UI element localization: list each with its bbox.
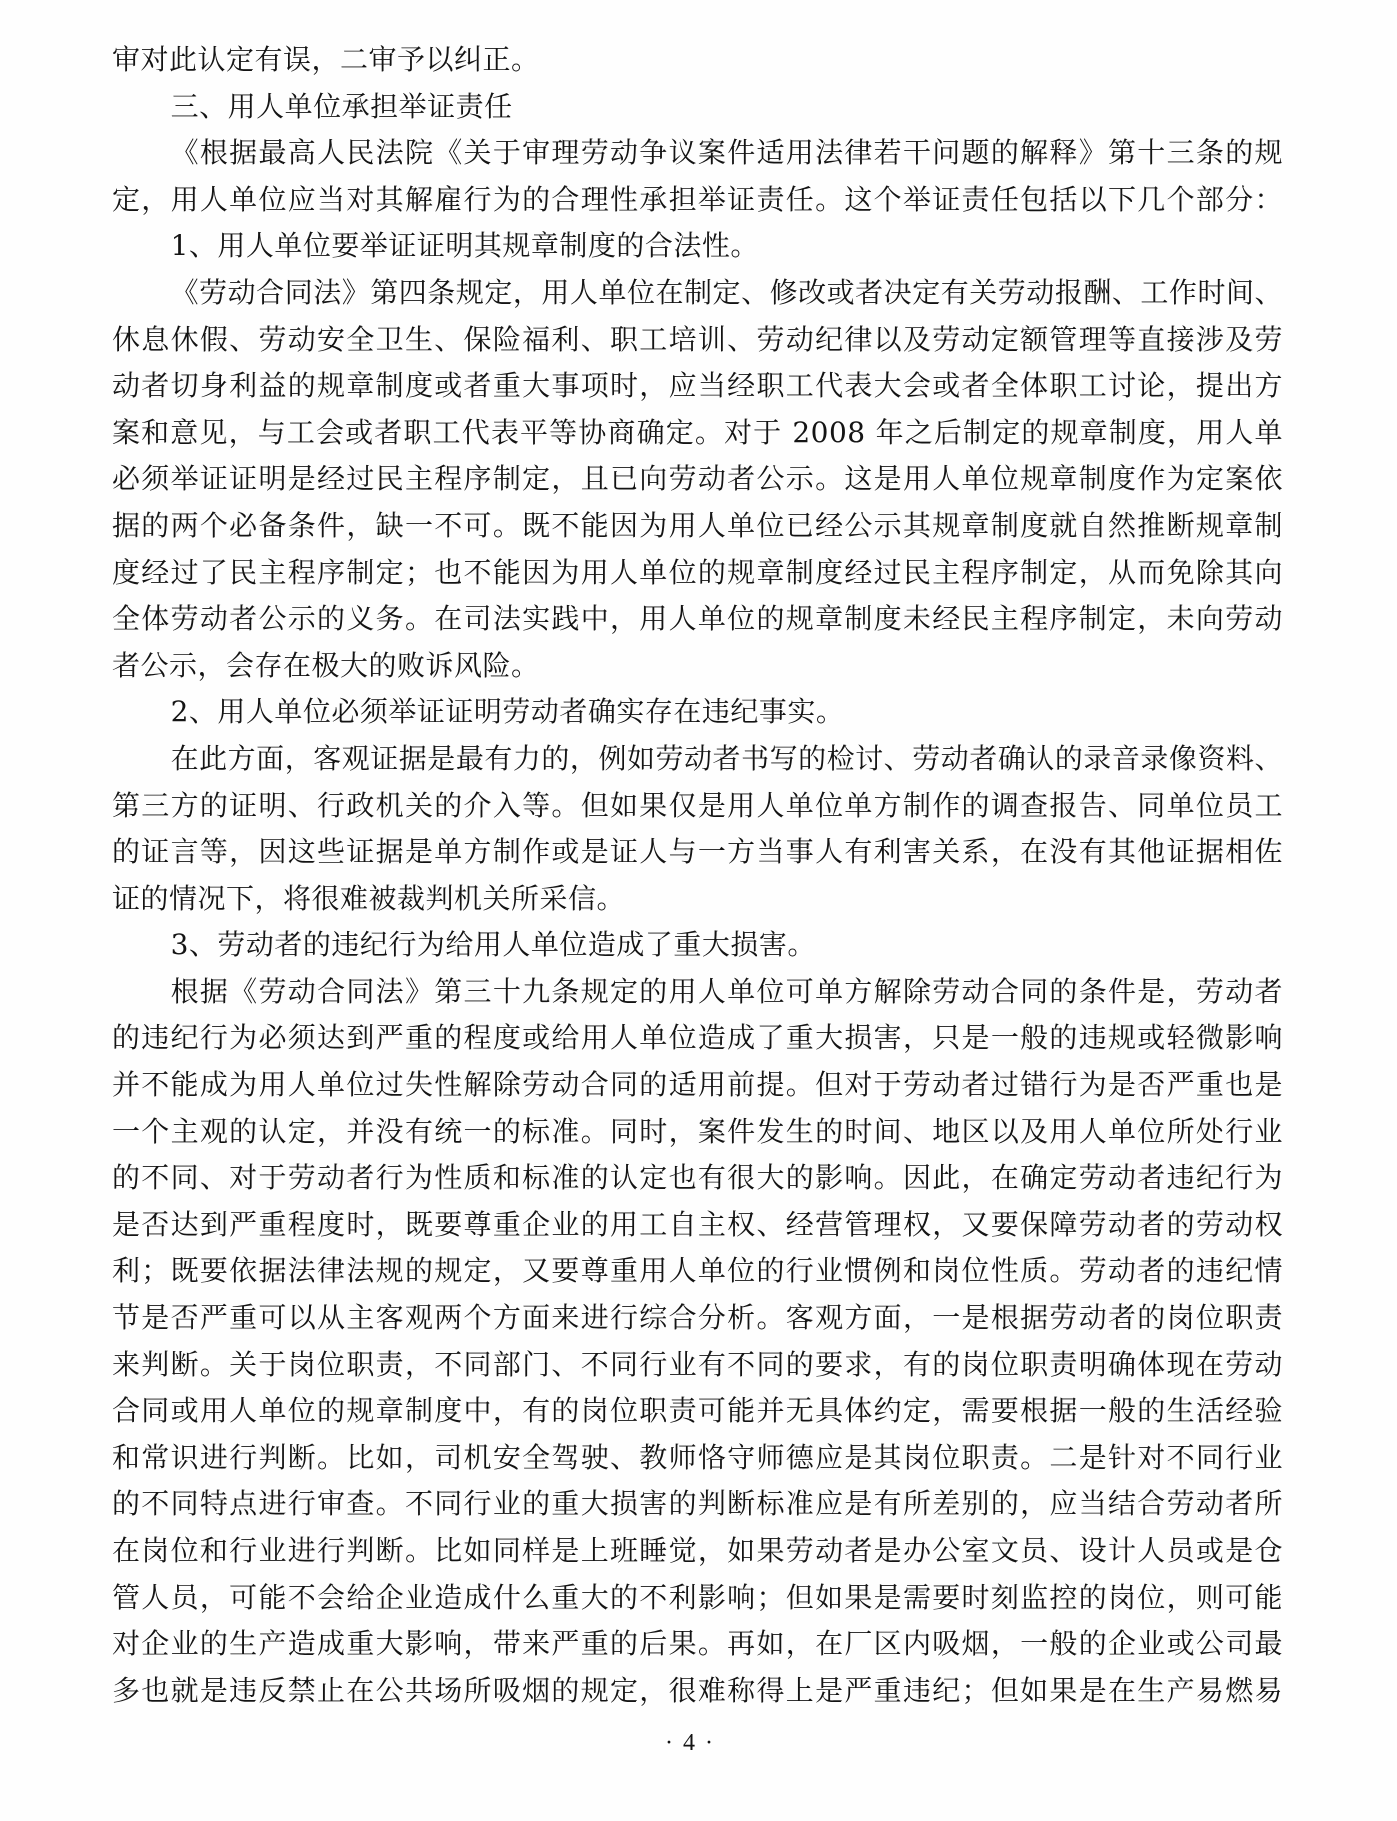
page-number: · 4 ·: [590, 1727, 790, 1759]
paragraph-line: 和常识进行判断。比如，司机安全驾驶、教师恪守师德应是其岗位职责。二是针对不同行业: [112, 1435, 1283, 1482]
paragraph-line: 是否达到严重程度时，既要尊重企业的用工自主权、经营管理权，又要保障劳动者的劳动权: [112, 1202, 1283, 1249]
subheading-2: 2、用人单位必须举证证明劳动者确实存在违纪事实。: [112, 689, 1283, 736]
paragraph-line: 的不同、对于劳动者行为性质和标准的认定也有很大的影响。因此，在确定劳动者违纪行为: [112, 1155, 1283, 1202]
paragraph-line: 管人员，可能不会给企业造成什么重大的不利影响；但如果是需要时刻监控的岗位，则可能: [112, 1575, 1283, 1622]
paragraph-line: 的证言等，因这些证据是单方制作或是证人与一方当事人有利害关系，在没有其他证据相佐: [112, 829, 1283, 876]
paragraph-line: 节是否严重可以从主客观两个方面来进行综合分析。客观方面，一是根据劳动者的岗位职责: [112, 1295, 1283, 1342]
paragraph-line: 证的情况下，将很难被裁判机关所采信。: [112, 876, 1283, 923]
paragraph-line: 合同或用人单位的规章制度中，有的岗位职责可能并无具体约定，需要根据一般的生活经验: [112, 1388, 1283, 1435]
paragraph-line: 并不能成为用人单位过失性解除劳动合同的适用前提。但对于劳动者过错行为是否严重也是: [112, 1062, 1283, 1109]
paragraph-line: 在此方面，客观证据是最有力的，例如劳动者书写的检讨、劳动者确认的录音录像资料、: [112, 736, 1283, 783]
paragraph-line: 定，用人单位应当对其解雇行为的合理性承担举证责任。这个举证责任包括以下几个部分：: [112, 177, 1283, 224]
section-heading: 三、用人单位承担举证责任: [112, 84, 1283, 131]
paragraph-line: 必须举证证明是经过民主程序制定，且已向劳动者公示。这是用人单位规章制度作为定案依: [112, 456, 1283, 503]
subheading-3: 3、劳动者的违纪行为给用人单位造成了重大损害。: [112, 922, 1283, 969]
paragraph-line: 的违纪行为必须达到严重的程度或给用人单位造成了重大损害，只是一般的违规或轻微影响: [112, 1015, 1283, 1062]
paragraph-line: 案和意见，与工会或者职工代表平等协商确定。对于 2008 年之后制定的规章制度，…: [112, 410, 1283, 457]
body-text: 审对此认定有误，二审予以纠正。 三、用人单位承担举证责任 《根据最高人民法院《关…: [112, 37, 1283, 1714]
paragraph-line: 动者切身利益的规章制度或者重大事项时，应当经职工代表大会或者全体职工讨论，提出方: [112, 363, 1283, 410]
paragraph-line: 全体劳动者公示的义务。在司法实践中，用人单位的规章制度未经民主程序制定，未向劳动: [112, 596, 1283, 643]
paragraph-line: 休息休假、劳动安全卫生、保险福利、职工培训、劳动纪律以及劳动定额管理等直接涉及劳: [112, 317, 1283, 364]
paragraph-line: 《劳动合同法》第四条规定，用人单位在制定、修改或者决定有关劳动报酬、工作时间、: [112, 270, 1283, 317]
paragraph-line: 据的两个必备条件，缺一不可。既不能因为用人单位已经公示其规章制度就自然推断规章制: [112, 503, 1283, 550]
paragraph-line: 来判断。关于岗位职责，不同部门、不同行业有不同的要求，有的岗位职责明确体现在劳动: [112, 1342, 1283, 1389]
paragraph-continuation-line: 审对此认定有误，二审予以纠正。: [112, 37, 1283, 84]
paragraph-line: 一个主观的认定，并没有统一的标准。同时，案件发生的时间、地区以及用人单位所处行业: [112, 1109, 1283, 1156]
paragraph-line: 者公示，会存在极大的败诉风险。: [112, 643, 1283, 690]
paragraph-line: 利；既要依据法律法规的规定，又要尊重用人单位的行业惯例和岗位性质。劳动者的违纪情: [112, 1248, 1283, 1295]
paragraph-line: 第三方的证明、行政机关的介入等。但如果仅是用人单位单方制作的调查报告、同单位员工: [112, 783, 1283, 830]
paragraph-line: 《根据最高人民法院《关于审理劳动争议案件适用法律若干问题的解释》第十三条的规: [112, 130, 1283, 177]
scanned-document-page: 审对此认定有误，二审予以纠正。 三、用人单位承担举证责任 《根据最高人民法院《关…: [0, 0, 1397, 1821]
subheading-1: 1、用人单位要举证证明其规章制度的合法性。: [112, 223, 1283, 270]
paragraph-line: 的不同特点进行审查。不同行业的重大损害的判断标准应是有所差别的，应当结合劳动者所: [112, 1481, 1283, 1528]
paragraph-line: 在岗位和行业进行判断。比如同样是上班睡觉，如果劳动者是办公室文员、设计人员或是仓: [112, 1528, 1283, 1575]
paragraph-line: 根据《劳动合同法》第三十九条规定的用人单位可单方解除劳动合同的条件是，劳动者: [112, 969, 1283, 1016]
paragraph-line: 多也就是违反禁止在公共场所吸烟的规定，很难称得上是严重违纪；但如果是在生产易燃易: [112, 1668, 1283, 1715]
paragraph-line: 度经过了民主程序制定；也不能因为用人单位的规章制度经过民主程序制定，从而免除其向: [112, 550, 1283, 597]
paragraph-line: 对企业的生产造成重大影响，带来严重的后果。再如，在厂区内吸烟，一般的企业或公司最: [112, 1621, 1283, 1668]
